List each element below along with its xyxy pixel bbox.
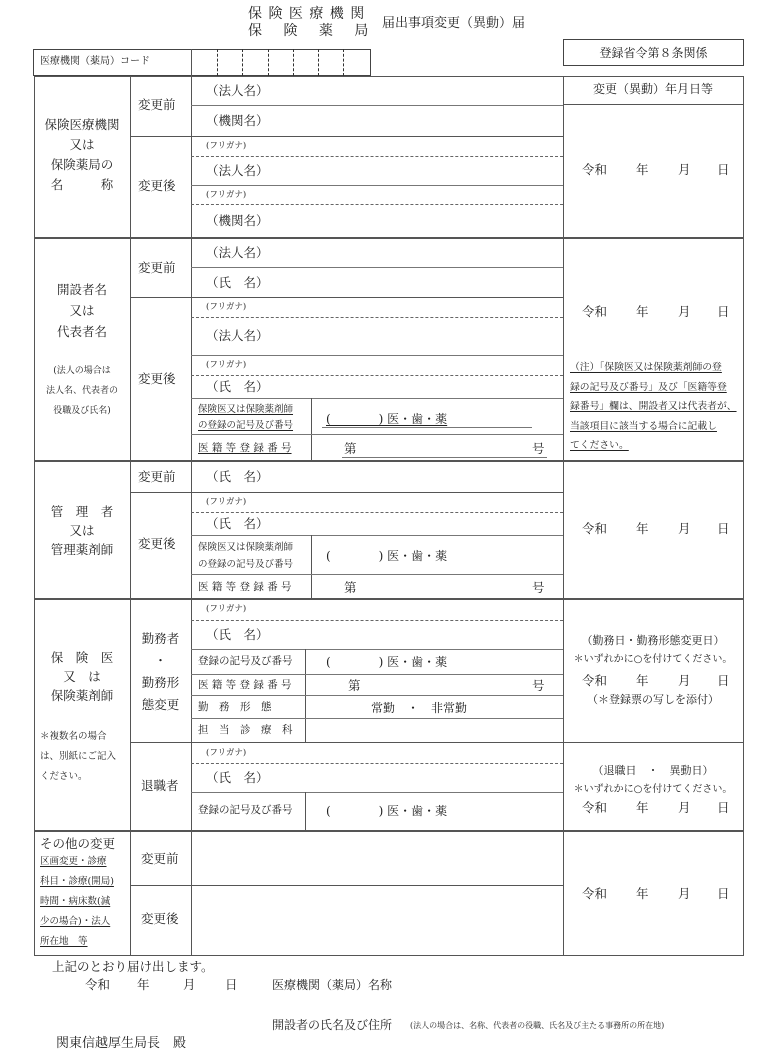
label-line: 管理薬剤師	[34, 540, 130, 559]
note-line: 役職及び氏名)	[34, 401, 130, 421]
before-label: 変更前	[138, 471, 176, 484]
month-label: 月	[183, 979, 196, 992]
ikan-label: 医 籍 等 登 録 番 号	[198, 680, 292, 691]
ikan-suffix: 号	[532, 582, 545, 595]
note-line: 録の記号及び番号」及び「医籍等登	[570, 378, 742, 398]
day-label: 日	[717, 675, 730, 688]
ikan-prefix: 第	[348, 680, 361, 693]
founder-before-name-input[interactable]: （氏 名）	[192, 268, 562, 297]
corp-name-label: （法人名）	[206, 165, 269, 178]
era-label: 令和	[582, 888, 607, 901]
person-name-label: （氏 名）	[206, 381, 269, 394]
date-title: （勤務日・勤務形態変更日）	[564, 635, 742, 646]
other-before-input[interactable]	[192, 832, 562, 884]
label-line: 又は	[34, 135, 130, 155]
work-style-options: 常勤 ・ 非常勤	[371, 702, 467, 714]
founder-change-date[interactable]: 令和 年 月 日	[564, 239, 742, 359]
retired-reg-number-input[interactable]: ( ) 医・歯・薬	[306, 793, 562, 829]
founder-before-corp-input[interactable]: （法人名）	[192, 239, 562, 267]
label-line: 代表者名	[34, 321, 130, 342]
row-divider	[130, 742, 744, 743]
furigana-label: (フリガナ)	[206, 303, 246, 312]
institution-section-label: 保険医療機関 又は 保険薬局の 名 称	[34, 115, 130, 195]
founder-address-label: 開設者の氏名及び住所	[272, 1019, 392, 1031]
founder-address-note: (法人の場合は、名称、代表者の役職、氏名及び主たる事務所の所在地)	[410, 1022, 664, 1030]
worker-sub-label: 勤務者 ・ 勤務形 態変更	[130, 628, 191, 716]
founder-reg-number-input[interactable]: ( ) 医・歯・薬	[312, 399, 562, 434]
worker-ikan-number-input[interactable]: 第 号	[306, 675, 562, 695]
reg-label: の登録の記号及び番号	[198, 560, 293, 570]
founder-after-corp-input[interactable]: （法人名）	[192, 318, 562, 355]
after-label: 変更後	[141, 913, 179, 926]
year-label: 年	[636, 675, 649, 688]
before-label: 変更前	[138, 99, 176, 112]
label-line: 勤務者	[130, 628, 191, 650]
year-label: 年	[636, 888, 649, 901]
after-label: 変更後	[138, 538, 176, 551]
reg-label: 登録の記号及び番号	[198, 805, 293, 816]
month-label: 月	[678, 888, 691, 901]
era-label: 令和	[582, 164, 607, 177]
code-digit-divider	[268, 49, 269, 76]
founder-after-name-input[interactable]: （氏 名）	[192, 376, 562, 398]
insurance-doctor-section-note: ＊複数名の場合 は、別紙にご記入 ください。	[40, 727, 130, 787]
institution-after-corp-furigana-input[interactable]: (フリガナ)	[192, 137, 562, 156]
retired-label: 退職者	[141, 780, 179, 793]
manager-after-furigana-input[interactable]: (フリガナ)	[192, 493, 562, 511]
label-line: 勤務形	[130, 672, 191, 694]
after-label: 変更後	[138, 373, 176, 386]
founder-ikan-number-input[interactable]: 第 号	[312, 435, 562, 459]
founder-section-note: (法人の場合は 法人名、代表者の 役職及び氏名)	[34, 361, 130, 421]
person-name-label: （氏 名）	[206, 772, 269, 785]
person-name-label: （氏 名）	[206, 629, 269, 642]
founder-after-name-furigana-input[interactable]: (フリガナ)	[192, 356, 562, 375]
underline	[342, 457, 547, 458]
reg-label: の登録の記号及び番号	[198, 421, 293, 431]
label-line: ・	[130, 650, 191, 672]
institution-after-name-furigana-input[interactable]: (フリガナ)	[192, 186, 562, 205]
era-label: 令和	[582, 523, 607, 536]
manager-ikan-number-input[interactable]: 第 号	[312, 575, 562, 597]
date-title: （退職日 ・ 異動日）	[564, 765, 742, 776]
ikan-label: 医 籍 等 登 録 番 号	[198, 443, 292, 454]
after-label: 変更後	[138, 180, 176, 193]
institution-name-input[interactable]	[410, 974, 740, 996]
code-digit-divider	[343, 49, 344, 76]
label-line: 開設者名	[34, 279, 130, 300]
retired-name-input[interactable]: （氏 名）	[192, 764, 562, 792]
person-name-label: （氏 名）	[206, 277, 269, 290]
circle-note: ＊いずれかに○を付けてください。	[564, 785, 742, 795]
work-style-label: 勤 務 形 態	[198, 702, 272, 713]
note-line: は、別紙にご記入	[40, 747, 130, 767]
founder-address-input[interactable]	[272, 1000, 740, 1018]
manager-reg-number-input[interactable]: ( ) 医・歯・薬	[312, 536, 562, 573]
other-section-title: その他の変更	[40, 838, 115, 851]
era-label: 令和	[582, 306, 607, 319]
month-label: 月	[678, 164, 691, 177]
code-digit-divider	[242, 49, 243, 76]
attach-note: （＊登録票の写しを添付）	[564, 694, 742, 705]
month-label: 月	[678, 523, 691, 536]
title-line-1: 保 険 医 療 機 関	[248, 7, 365, 21]
before-label: 変更前	[141, 853, 179, 866]
label-line: 保険薬剤師	[34, 686, 130, 705]
manager-section-label: 管 理 者 又は 管理薬剤師	[34, 502, 130, 559]
work-style-select[interactable]: 常勤 ・ 非常勤	[306, 696, 562, 718]
manager-before-name-input[interactable]: （氏 名）	[192, 462, 562, 492]
dept-label: 担 当 診 療 科	[198, 725, 293, 736]
label-line: 保 険 医	[34, 648, 130, 667]
table-border-right	[743, 76, 744, 956]
note-line: てください。	[570, 436, 742, 456]
furigana-label: (フリガナ)	[206, 142, 246, 151]
worker-reg-number-input[interactable]: ( ) 医・歯・薬	[306, 650, 562, 674]
institution-after-name-input[interactable]: （機関名）	[192, 205, 562, 236]
institution-after-corp-input[interactable]: （法人名）	[192, 157, 562, 185]
code-digit-divider	[318, 49, 319, 76]
code-digit-divider	[293, 49, 294, 76]
day-label: 日	[225, 979, 238, 992]
year-label: 年	[636, 802, 649, 815]
institution-name-label: 医療機関（薬局）名称	[272, 979, 392, 991]
form-title: 届出事項変更（異動）届	[382, 17, 525, 30]
table-border-bottom	[34, 955, 744, 956]
founder-note: （注）「保険医又は保険薬剤師の登 録の記号及び番号」及び「医籍等登 録番号」欄は…	[570, 358, 742, 456]
other-after-input[interactable]	[192, 886, 562, 954]
note-line: 法人名、代表者の	[34, 381, 130, 401]
furigana-label: (フリガナ)	[206, 361, 246, 370]
day-label: 日	[717, 164, 730, 177]
label-line: 保険薬局の	[34, 155, 130, 175]
reg-value: ( ) 医・歯・薬	[326, 413, 447, 425]
label-line: 管 理 者	[34, 502, 130, 521]
insurance-doctor-section-label: 保 険 医 又 は 保険薬剤師	[34, 648, 130, 705]
day-label: 日	[717, 802, 730, 815]
note-line: 当該項目に該当する場合に記載し	[570, 417, 742, 437]
reg-label: 登録の記号及び番号	[198, 656, 293, 667]
manager-after-name-input[interactable]: （氏 名）	[192, 513, 562, 535]
day-label: 日	[717, 888, 730, 901]
worker-furigana-input[interactable]: (フリガナ)	[192, 600, 562, 620]
detail-line: 科目・診療(開局)	[40, 872, 130, 892]
person-name-label: （氏 名）	[206, 471, 269, 484]
furigana-label: (フリガナ)	[206, 749, 246, 758]
furigana-label: (フリガナ)	[206, 498, 246, 507]
label-line: 態変更	[130, 694, 191, 716]
detail-line: 区画変更・診療	[40, 852, 130, 872]
submit-statement: 上記のとおり届け出します。	[52, 961, 214, 974]
founder-after-corp-furigana-input[interactable]: (フリガナ)	[192, 298, 562, 317]
submit-date[interactable]: 令和 年 月 日	[85, 976, 245, 994]
ikan-suffix: 号	[532, 443, 545, 456]
retired-furigana-input[interactable]: (フリガナ)	[192, 744, 562, 763]
person-name-label: （氏 名）	[206, 518, 269, 531]
month-label: 月	[678, 675, 691, 688]
regulation-label: 登録省令第８条関係	[564, 47, 743, 59]
manager-change-date[interactable]: 令和 年 月 日	[564, 462, 742, 597]
corp-name-label: （法人名）	[206, 330, 269, 343]
day-label: 日	[717, 523, 730, 536]
month-label: 月	[678, 802, 691, 815]
title-line-2: 保 険 薬 局	[248, 24, 369, 38]
regulation-box: 登録省令第８条関係	[563, 39, 744, 66]
institution-before-name-input[interactable]: （機関名）	[192, 106, 562, 136]
note-line: 録番号」欄は、開設者又は代表者が、	[570, 397, 742, 417]
retired-date[interactable]: （退職日 ・ 異動日） ＊いずれかに○を付けてください。 令和 年 月 日	[564, 744, 742, 829]
other-change-date[interactable]: 令和 年 月 日	[564, 832, 742, 954]
worker-name-input[interactable]: （氏 名）	[192, 621, 562, 649]
other-section-details: 区画変更・診療 科目・診療(開局) 時間・病床数(減 少の場合)・法人 所在地 …	[40, 852, 130, 952]
reg-value: ( ) 医・歯・薬	[326, 805, 447, 817]
label-line: 名 称	[34, 175, 130, 195]
year-label: 年	[636, 523, 649, 536]
ikan-suffix: 号	[532, 680, 545, 693]
era-label: 令和	[582, 675, 607, 688]
underline	[322, 427, 532, 428]
reg-value: ( ) 医・歯・薬	[326, 550, 447, 562]
label-line: 保険医療機関	[34, 115, 130, 135]
code-digit-divider	[217, 49, 218, 76]
inst-name-label: （機関名）	[206, 215, 269, 228]
code-label: 医療機関（薬局）コード	[40, 57, 150, 67]
year-label: 年	[137, 979, 150, 992]
institution-change-date[interactable]: 令和 年 月 日	[564, 105, 742, 236]
inst-name-label: （機関名）	[206, 115, 269, 128]
era-label: 令和	[85, 979, 110, 992]
table-col-divider	[130, 76, 131, 956]
before-label: 変更前	[138, 262, 176, 275]
detail-line: 所在地 等	[40, 932, 130, 952]
ikan-prefix: 第	[344, 443, 357, 456]
reg-label: 保険医又は保険薬剤師	[198, 405, 293, 415]
label-line: 又 は	[34, 667, 130, 686]
furigana-label: (フリガナ)	[206, 191, 246, 200]
detail-line: 少の場合)・法人	[40, 912, 130, 932]
corp-name-label: （法人名）	[206, 247, 269, 260]
ikan-prefix: 第	[344, 582, 357, 595]
detail-line: 時間・病床数(減	[40, 892, 130, 912]
note-line: ください。	[40, 767, 130, 787]
addressee: 関東信越厚生局長 殿	[56, 1037, 186, 1050]
worker-change-date[interactable]: （勤務日・勤務形態変更日） ＊いずれかに○を付けてください。 令和 年 月 日 …	[564, 600, 742, 741]
founder-section-label: 開設者名 又は 代表者名	[34, 279, 130, 342]
note-line: ＊複数名の場合	[40, 727, 130, 747]
reg-value: ( ) 医・歯・薬	[326, 656, 447, 668]
dept-input[interactable]	[306, 719, 562, 741]
institution-before-corp-input[interactable]: （法人名）	[192, 77, 562, 105]
note-line: (法人の場合は	[34, 361, 130, 381]
note-line: （注）「保険医又は保険薬剤師の登	[570, 358, 742, 378]
month-label: 月	[678, 306, 691, 319]
label-line: 又は	[34, 300, 130, 321]
corp-name-label: （法人名）	[206, 85, 269, 98]
circle-note: ＊いずれかに○を付けてください。	[564, 655, 742, 665]
label-line: 又は	[34, 521, 130, 540]
reg-label: 保険医又は保険薬剤師	[198, 543, 293, 553]
year-label: 年	[636, 164, 649, 177]
date-column-header: 変更（異動）年月日等	[563, 83, 743, 95]
year-label: 年	[636, 306, 649, 319]
furigana-label: (フリガナ)	[206, 605, 246, 614]
era-label: 令和	[582, 802, 607, 815]
ikan-label: 医 籍 等 登 録 番 号	[198, 582, 292, 593]
day-label: 日	[717, 306, 730, 319]
